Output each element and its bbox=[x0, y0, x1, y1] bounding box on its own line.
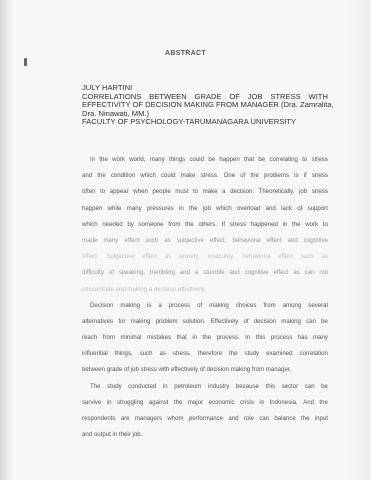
word: In bbox=[90, 152, 95, 168]
word: of bbox=[197, 298, 202, 314]
word: such bbox=[145, 233, 158, 249]
word: the bbox=[292, 217, 300, 233]
text-line: alternativesformakingproblemsolution.Eff… bbox=[82, 314, 328, 330]
word: effect bbox=[267, 233, 282, 249]
word: of bbox=[243, 314, 248, 330]
word: stress bbox=[230, 217, 246, 233]
word: condition bbox=[111, 168, 135, 184]
word: are bbox=[121, 411, 130, 427]
word: In bbox=[245, 330, 250, 346]
word: and bbox=[180, 265, 190, 281]
text-line: and output in their job. bbox=[82, 427, 328, 443]
word: struggling bbox=[117, 395, 143, 411]
word: when bbox=[133, 184, 148, 200]
word: not bbox=[319, 265, 327, 281]
word: as bbox=[159, 346, 165, 362]
word: survive bbox=[82, 395, 101, 411]
word: from bbox=[263, 298, 275, 314]
word: things, bbox=[115, 346, 133, 362]
word: to bbox=[323, 217, 328, 233]
word: Decision bbox=[90, 298, 113, 314]
text-line: influentialthings,suchasstress,therefore… bbox=[82, 346, 328, 362]
word: the bbox=[174, 395, 182, 411]
word: And bbox=[303, 395, 314, 411]
word: is bbox=[294, 168, 298, 184]
word: reach bbox=[82, 330, 97, 346]
word: making bbox=[131, 314, 151, 330]
word: in bbox=[259, 395, 264, 411]
word: if bbox=[304, 168, 307, 184]
word: the bbox=[203, 330, 211, 346]
word: has bbox=[298, 330, 308, 346]
paragraph-2: Decisionmakingisaprocessofmakingchoicesf… bbox=[82, 298, 328, 379]
page-right-shadow bbox=[341, 0, 371, 480]
word: be bbox=[321, 379, 328, 395]
word: someone bbox=[138, 217, 163, 233]
word: while bbox=[108, 201, 122, 217]
word: process bbox=[271, 330, 292, 346]
word: and bbox=[228, 411, 238, 427]
word: of bbox=[240, 168, 245, 184]
text-line: surviveinstrugglingagainstthemajoreconom… bbox=[82, 395, 328, 411]
word: make bbox=[203, 184, 218, 200]
word: stress. bbox=[201, 168, 219, 184]
word: difficulty bbox=[82, 265, 104, 281]
word: behavioral bbox=[242, 249, 270, 265]
word: of bbox=[109, 265, 114, 281]
word: many bbox=[150, 152, 165, 168]
word: effect, bbox=[210, 233, 227, 249]
word: is bbox=[147, 298, 151, 314]
word: stumble bbox=[203, 265, 224, 281]
word: by bbox=[127, 217, 133, 233]
word: effect bbox=[278, 249, 293, 265]
word: decision bbox=[254, 314, 276, 330]
word: many bbox=[313, 330, 328, 346]
word: of bbox=[297, 201, 302, 217]
word: and bbox=[82, 168, 92, 184]
word: as bbox=[322, 249, 328, 265]
word: problem bbox=[156, 314, 178, 330]
word: a bbox=[222, 184, 225, 200]
word: must bbox=[175, 184, 188, 200]
word: the bbox=[301, 411, 309, 427]
word: work bbox=[305, 217, 318, 233]
word: cognitive bbox=[245, 265, 269, 281]
word: solution. bbox=[183, 314, 206, 330]
word: happen bbox=[82, 201, 102, 217]
word: things bbox=[169, 152, 185, 168]
word: and bbox=[288, 233, 298, 249]
word: in bbox=[192, 330, 197, 346]
word: as bbox=[164, 233, 170, 249]
word: effect. bbox=[82, 249, 99, 265]
word: making bbox=[281, 314, 301, 330]
word: that bbox=[244, 152, 254, 168]
word: decision. bbox=[230, 184, 254, 200]
text-line: Thestudyconductedinpetroleumindustrybeca… bbox=[82, 379, 328, 395]
text-line: effect.Subjectiveeffectasanxiety,insecur… bbox=[82, 249, 328, 265]
word: the bbox=[97, 168, 105, 184]
abstract-title: ABSTRACT bbox=[0, 50, 371, 57]
word: for bbox=[118, 314, 125, 330]
word: needed bbox=[102, 217, 122, 233]
word: industry bbox=[208, 379, 229, 395]
text-line: concentrate and making a decision effect… bbox=[82, 282, 328, 298]
word: process bbox=[169, 298, 190, 314]
word: Theoretically, bbox=[259, 184, 295, 200]
word: economic bbox=[209, 395, 235, 411]
word: making bbox=[209, 298, 229, 314]
word: be bbox=[208, 152, 215, 168]
word: petroleum bbox=[174, 379, 201, 395]
word: can bbox=[259, 411, 269, 427]
word: behavioral bbox=[233, 233, 261, 249]
word: anxiety, bbox=[179, 249, 200, 265]
word: people bbox=[152, 184, 170, 200]
word: and bbox=[230, 265, 240, 281]
word: a bbox=[195, 265, 198, 281]
word: happen bbox=[219, 152, 239, 168]
text-line: whichneededbysomeonefromtheothers.Ifstre… bbox=[82, 217, 328, 233]
word: many bbox=[127, 201, 142, 217]
word: effect bbox=[274, 265, 289, 281]
word: Indonesia. bbox=[270, 395, 298, 411]
word: which bbox=[216, 201, 232, 217]
word: overload bbox=[237, 201, 260, 217]
text-line: oftentoappearwhenpeoplemusttomakeadecisi… bbox=[82, 184, 328, 200]
text-line: reachfromminimalmistakesthatintheprocess… bbox=[82, 330, 328, 346]
word: study bbox=[107, 379, 122, 395]
word: in bbox=[163, 379, 168, 395]
word: job bbox=[299, 184, 307, 200]
word: against bbox=[149, 395, 169, 411]
word: can bbox=[306, 314, 316, 330]
word: be bbox=[321, 314, 328, 330]
word: in bbox=[107, 395, 112, 411]
word: stress, bbox=[173, 346, 191, 362]
word: pressures bbox=[147, 201, 174, 217]
text-line: mademanyeffectsuchassubjectiveeffect,beh… bbox=[82, 233, 328, 249]
word: influential bbox=[82, 346, 108, 362]
word: can bbox=[305, 265, 315, 281]
word: input bbox=[315, 411, 328, 427]
word: the bbox=[99, 152, 107, 168]
word: study bbox=[245, 346, 260, 362]
word: as bbox=[293, 265, 299, 281]
text-line: between grade of job stress with effecti… bbox=[82, 362, 328, 378]
word: the bbox=[250, 168, 258, 184]
word: respondents bbox=[82, 411, 116, 427]
word: stress bbox=[312, 152, 328, 168]
word: others. bbox=[198, 217, 217, 233]
word: correlation bbox=[299, 346, 327, 362]
word: crisis bbox=[240, 395, 254, 411]
word: problems bbox=[264, 168, 289, 184]
abstract-header: JULY HARTINI CORRELATIONS BETWEEN GRADE … bbox=[82, 84, 328, 127]
word: alternatives bbox=[82, 314, 113, 330]
word: examined bbox=[266, 346, 292, 362]
word: could bbox=[189, 152, 204, 168]
word: Subjective bbox=[106, 249, 134, 265]
page-edge-shadow bbox=[0, 0, 14, 480]
word: that bbox=[177, 330, 187, 346]
word: this bbox=[266, 379, 275, 395]
word: balance bbox=[274, 411, 295, 427]
word: in bbox=[283, 217, 288, 233]
word: managers bbox=[135, 411, 162, 427]
word: job bbox=[203, 201, 211, 217]
word: insecurity, bbox=[207, 249, 234, 265]
word: the bbox=[319, 395, 327, 411]
word: subjective bbox=[177, 233, 204, 249]
word: role bbox=[244, 411, 254, 427]
word: mistakes bbox=[147, 330, 171, 346]
word: performance bbox=[189, 411, 223, 427]
word: made bbox=[82, 233, 97, 249]
word: from bbox=[168, 217, 180, 233]
word: can bbox=[305, 379, 315, 395]
word: in bbox=[179, 201, 184, 217]
faculty-name: FACULTY OF PSYCHOLOGY-TARUMANAGARA UNIVE… bbox=[82, 118, 328, 127]
abstract-body: Intheworkworld,manythingscouldbehappenth… bbox=[82, 152, 328, 443]
paragraph-1: Intheworkworld,manythingscouldbehappenth… bbox=[82, 152, 328, 298]
text-line: happenwhilemanypressuresinthejobwhichove… bbox=[82, 201, 328, 217]
word: many bbox=[103, 233, 118, 249]
word: making bbox=[120, 298, 140, 314]
word: effect bbox=[124, 233, 139, 249]
word: effect bbox=[142, 249, 157, 265]
word: such bbox=[301, 249, 314, 265]
word: the bbox=[189, 201, 197, 217]
word: among bbox=[283, 298, 302, 314]
word: because bbox=[236, 379, 259, 395]
word: and bbox=[266, 201, 276, 217]
word: stress bbox=[312, 168, 328, 184]
binder-mark bbox=[24, 58, 27, 66]
word: the bbox=[229, 346, 237, 362]
paragraph-3: Thestudyconductedinpetroleumindustrybeca… bbox=[82, 379, 328, 444]
text-line: andtheconditionwhichcouldmakestress.Oneo… bbox=[82, 168, 328, 184]
word: could bbox=[161, 168, 176, 184]
text-line: Intheworkworld,manythingscouldbehappenth… bbox=[82, 152, 328, 168]
word: from bbox=[103, 330, 115, 346]
word: the bbox=[185, 217, 193, 233]
word: whom bbox=[167, 411, 183, 427]
text-line: difficultyofspeaking,tremblingandastumbl… bbox=[82, 265, 328, 281]
word: world, bbox=[129, 152, 145, 168]
word: several bbox=[308, 298, 328, 314]
word: which bbox=[140, 168, 156, 184]
text-line: respondentsaremanagerswhomperformanceand… bbox=[82, 411, 328, 427]
text-line: Decisionmakingisaprocessofmakingchoicesf… bbox=[82, 298, 328, 314]
word: as bbox=[165, 249, 171, 265]
word: correlating bbox=[269, 152, 297, 168]
word: trembling bbox=[150, 265, 175, 281]
word: If bbox=[222, 217, 225, 233]
word: support bbox=[308, 201, 328, 217]
word: sector bbox=[282, 379, 299, 395]
word: process. bbox=[217, 330, 240, 346]
word: minimal bbox=[121, 330, 142, 346]
word: such bbox=[140, 346, 153, 362]
word: appear bbox=[110, 184, 129, 200]
word: One bbox=[224, 168, 236, 184]
word: Effectively bbox=[211, 314, 239, 330]
word: The bbox=[90, 379, 101, 395]
word: to bbox=[193, 184, 198, 200]
word: work bbox=[112, 152, 125, 168]
word: often bbox=[82, 184, 96, 200]
word: lack bbox=[281, 201, 292, 217]
word: be bbox=[258, 152, 265, 168]
word: to bbox=[100, 184, 105, 200]
word: which bbox=[82, 217, 98, 233]
word: make bbox=[181, 168, 196, 184]
word: speaking, bbox=[119, 265, 145, 281]
word: stress bbox=[312, 184, 328, 200]
word: this bbox=[256, 330, 265, 346]
word: to bbox=[302, 152, 307, 168]
word: choices bbox=[236, 298, 257, 314]
word: a bbox=[158, 298, 161, 314]
word: cognitive bbox=[304, 233, 328, 249]
word: major bbox=[188, 395, 203, 411]
word: conducted bbox=[128, 379, 156, 395]
word: happened bbox=[251, 217, 278, 233]
word: therefore bbox=[198, 346, 222, 362]
